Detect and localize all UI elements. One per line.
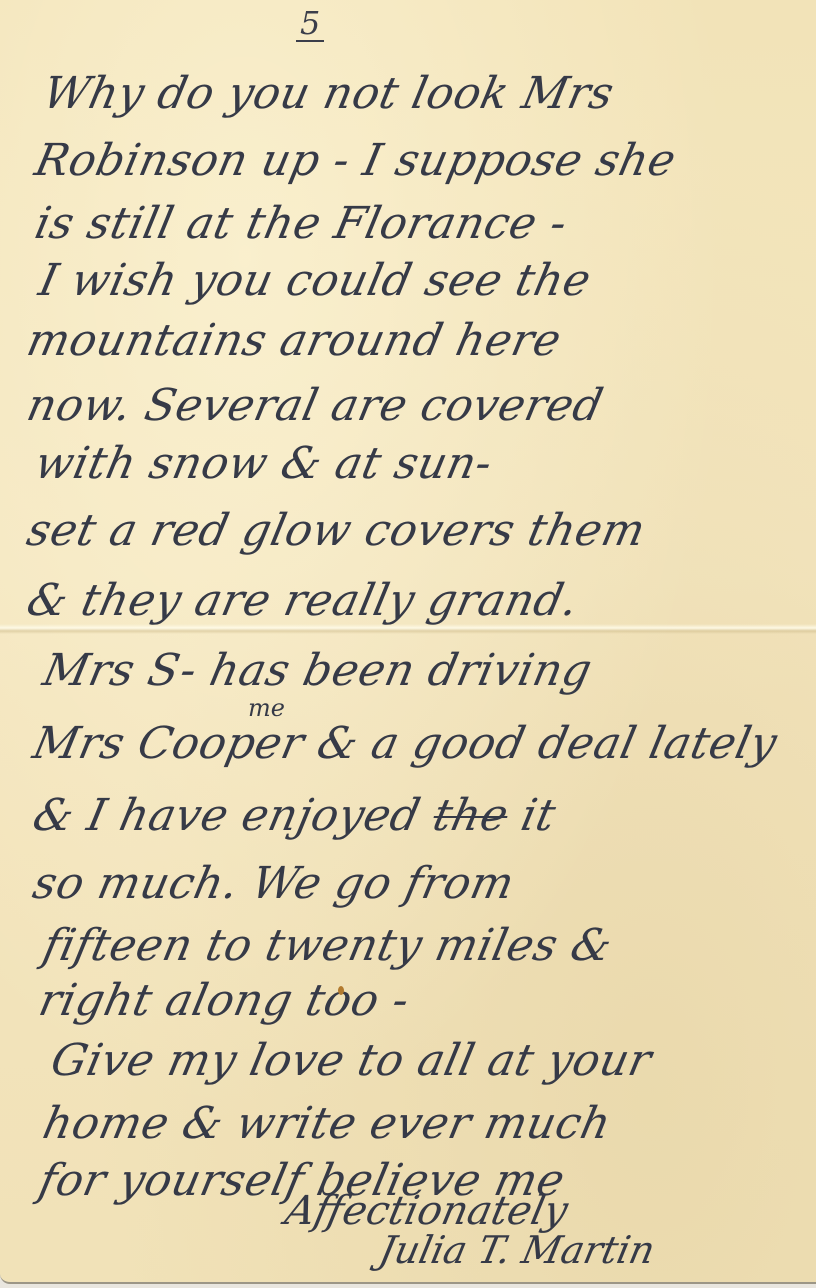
letter-line: set a red glow covers them <box>23 505 650 556</box>
line-text: & I have enjoyed <box>29 790 425 841</box>
ink-stain <box>338 986 344 995</box>
letter-line: Mrs Cooper & a good deal lately <box>29 718 782 769</box>
letter-line: Mrs S- has been driving <box>39 645 597 696</box>
letter-page: 5 Why do you not look Mrs Robinson up - … <box>0 0 816 1284</box>
line-text-continued: it <box>517 790 561 841</box>
letter-line: mountains around here <box>23 315 566 366</box>
letter-line: with snow & at sun- <box>31 438 497 489</box>
letter-line: & they are really grand. <box>23 575 583 626</box>
letter-line: Robinson up - I suppose she <box>31 135 681 186</box>
signature: Julia T. Martin <box>375 1228 659 1272</box>
letter-line: & I have enjoyed the it <box>29 790 561 841</box>
letter-line: fifteen to twenty miles & <box>39 920 617 971</box>
letter-line: Give my love to all at your <box>47 1035 657 1086</box>
letter-line: right along too - <box>35 975 414 1026</box>
letter-line: home & write ever much <box>39 1098 616 1149</box>
letter-line: I wish you could see the <box>35 255 596 306</box>
page-number: 5 <box>296 6 324 42</box>
letter-line: now. Several are covered <box>23 380 608 431</box>
letter-line: is still at the Florance - <box>31 198 572 249</box>
struck-word: the <box>429 790 513 841</box>
letter-line: so much. We go from <box>29 858 519 909</box>
letter-line: Why do you not look Mrs <box>39 68 619 119</box>
